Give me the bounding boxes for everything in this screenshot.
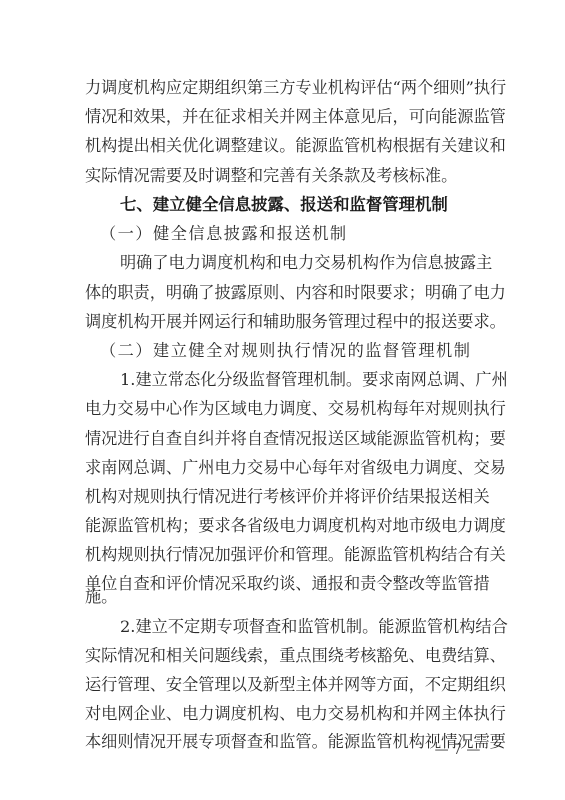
text-line: 电力交易中心作为区域电力调度、交易机构每年对规则执行	[85, 398, 480, 420]
subsection-heading: （一）健全信息披露和报送机制	[100, 223, 495, 245]
text-line: 情况进行自查自纠并将自查情况报送区域能源监管机构；要	[85, 428, 480, 450]
text-line: 本细则情况开展专项督查和监管。能源监管机构视情况需要	[85, 731, 480, 753]
text-line: 明确了电力调度机构和电力交易机构作为信息披露主	[120, 252, 480, 274]
text-line: 调度机构开展并网运行和辅助服务管理过程中的报送要求。	[85, 311, 480, 333]
text-line: 机构规则执行情况加强评价和管理。能源监管机构结合有关	[85, 544, 480, 566]
text-line: 能源监管机构；要求各省级电力调度机构对地市级电力调度	[85, 515, 480, 537]
section-heading: 七、建立健全信息披露、报送和监督管理机制	[120, 194, 480, 216]
text-line: 机构提出相关优化调整建议。能源监管机构根据有关建议和	[85, 135, 480, 157]
page-number: — 7 —	[430, 740, 485, 760]
text-line: 施。	[85, 586, 480, 608]
text-line: 机构对规则执行情况进行考核评价并将评价结果报送相关	[85, 486, 480, 508]
text-line: 2.建立不定期专项督查和监管机制。能源监管机构结合	[120, 616, 480, 638]
text-line: 1.建立常态化分级监督管理机制。要求南网总调、广州	[120, 369, 480, 391]
text-line: 运行管理、安全管理以及新型主体并网等方面，不定期组织	[85, 674, 480, 696]
text-line: 力调度机构应定期组织第三方专业机构评估“两个细则”执行	[85, 77, 480, 99]
text-line: 实际情况和相关问题线索，重点围绕考核豁免、电费结算、	[85, 645, 480, 667]
text-line: 实际情况需要及时调整和完善有关条款及考核标准。	[85, 165, 480, 187]
subsection-heading: （二）建立健全对规则执行情况的监督管理机制	[100, 340, 495, 362]
text-line: 情况和效果，并在征求相关并网主体意见后，可向能源监管	[85, 106, 480, 128]
document-page: 力调度机构应定期组织第三方专业机构评估“两个细则”执行情况和效果，并在征求相关并…	[0, 0, 565, 800]
text-line: 体的职责，明确了披露原则、内容和时限要求；明确了电力	[85, 282, 480, 304]
text-line: 对电网企业、电力调度机构、电力交易机构和并网主体执行	[85, 703, 480, 725]
text-line: 求南网总调、广州电力交易中心每年对省级电力调度、交易	[85, 457, 480, 479]
